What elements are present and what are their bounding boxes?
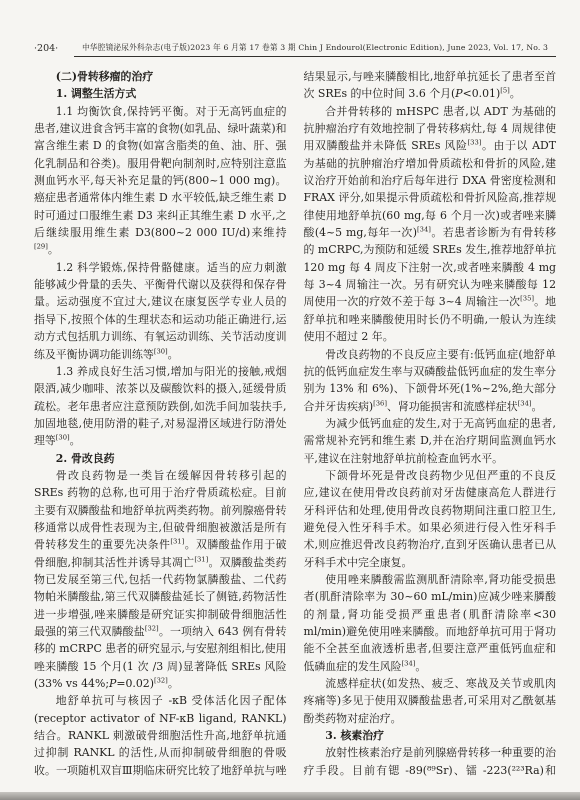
section-heading: (二)骨转移瘤的治疗 <box>34 68 287 85</box>
paragraph: 结果显示,与唑来膦酸相比,地舒单抗延长了患者至首次 SREs 的中位时间 3.6… <box>304 68 557 103</box>
paragraph: 骨改良药物的不良反应主要有:低钙血症(地舒单抗的低钙血症发生率与双磷酸盐低钙血症… <box>304 346 557 415</box>
section-heading: 2. 骨改良药 <box>34 450 287 467</box>
paragraph: 地舒单抗可与核因子 -κB 受体活化因子配体(receptor activato… <box>34 692 287 777</box>
paragraph: 合并骨转移的 mHSPC 患者,以 ADT 为基础的抗肿瘤治疗有效地控制了骨转移… <box>304 103 557 346</box>
scan-edge-bottom <box>0 792 580 800</box>
section-heading: 3. 核素治疗 <box>304 727 557 744</box>
paragraph: 放射性核素治疗是前列腺癌骨转移一种重要的治疗手段。目前有锶 -89(⁸⁹Sr)、… <box>304 744 557 777</box>
paragraph: 为减少低钙血症的发生,对于无高钙血症的患者,需常规补充钙和维生素 D,并在治疗期… <box>304 415 557 467</box>
page-header: ·204· 中华腔镜泌尿外科杂志(电子版)2023 年 6 月第 17 卷第 3… <box>0 0 580 57</box>
page-number: ·204· <box>34 43 58 57</box>
journal-title: 中华腔镜泌尿外科杂志(电子版)2023 年 6 月第 17 卷第 3 期 Chi… <box>74 42 556 57</box>
paragraph: 1.2 科学锻炼,保持骨骼健康。适当的应力刺激能够减少骨量的丢失、平衡骨代谢以及… <box>34 259 287 363</box>
paragraph: 使用唑来膦酸需监测肌酐清除率,肾功能受损患者(肌酐清除率为 30~60 mL/m… <box>304 571 557 675</box>
right-column: 结果显示,与唑来膦酸相比,地舒单抗延长了患者至首次 SREs 的中位时间 3.6… <box>304 68 557 777</box>
article-body: (二)骨转移瘤的治疗1. 调整生活方式1.1 均衡饮食,保持钙平衡。对于无高钙血… <box>0 57 580 777</box>
paragraph: 1.3 养成良好生活习惯,增加与阳光的接触,戒烟限酒,减少咖啡、浓茶以及碳酸饮料… <box>34 363 287 450</box>
paragraph: 1.1 均衡饮食,保持钙平衡。对于无高钙血症的患者,建议进食含钙丰富的食物(如乳… <box>34 103 287 259</box>
paragraph: 骨改良药物是一类旨在缓解因骨转移引起的 SREs 药物的总称,也可用于治疗骨质疏… <box>34 467 287 692</box>
paragraph: 流感样症状(如发热、疲乏、寒战及关节或肌肉疼痛等)多见于使用双膦酸盐患者,可采用… <box>304 675 557 727</box>
journal-page: ·204· 中华腔镜泌尿外科杂志(电子版)2023 年 6 月第 17 卷第 3… <box>0 0 580 800</box>
left-column: (二)骨转移瘤的治疗1. 调整生活方式1.1 均衡饮食,保持钙平衡。对于无高钙血… <box>34 68 287 777</box>
section-heading: 1. 调整生活方式 <box>34 85 287 102</box>
paragraph: 下颌骨坏死是骨改良药物少见但严重的不良反应,建议在使用骨改良药前对牙齿健康高危人… <box>304 467 557 571</box>
